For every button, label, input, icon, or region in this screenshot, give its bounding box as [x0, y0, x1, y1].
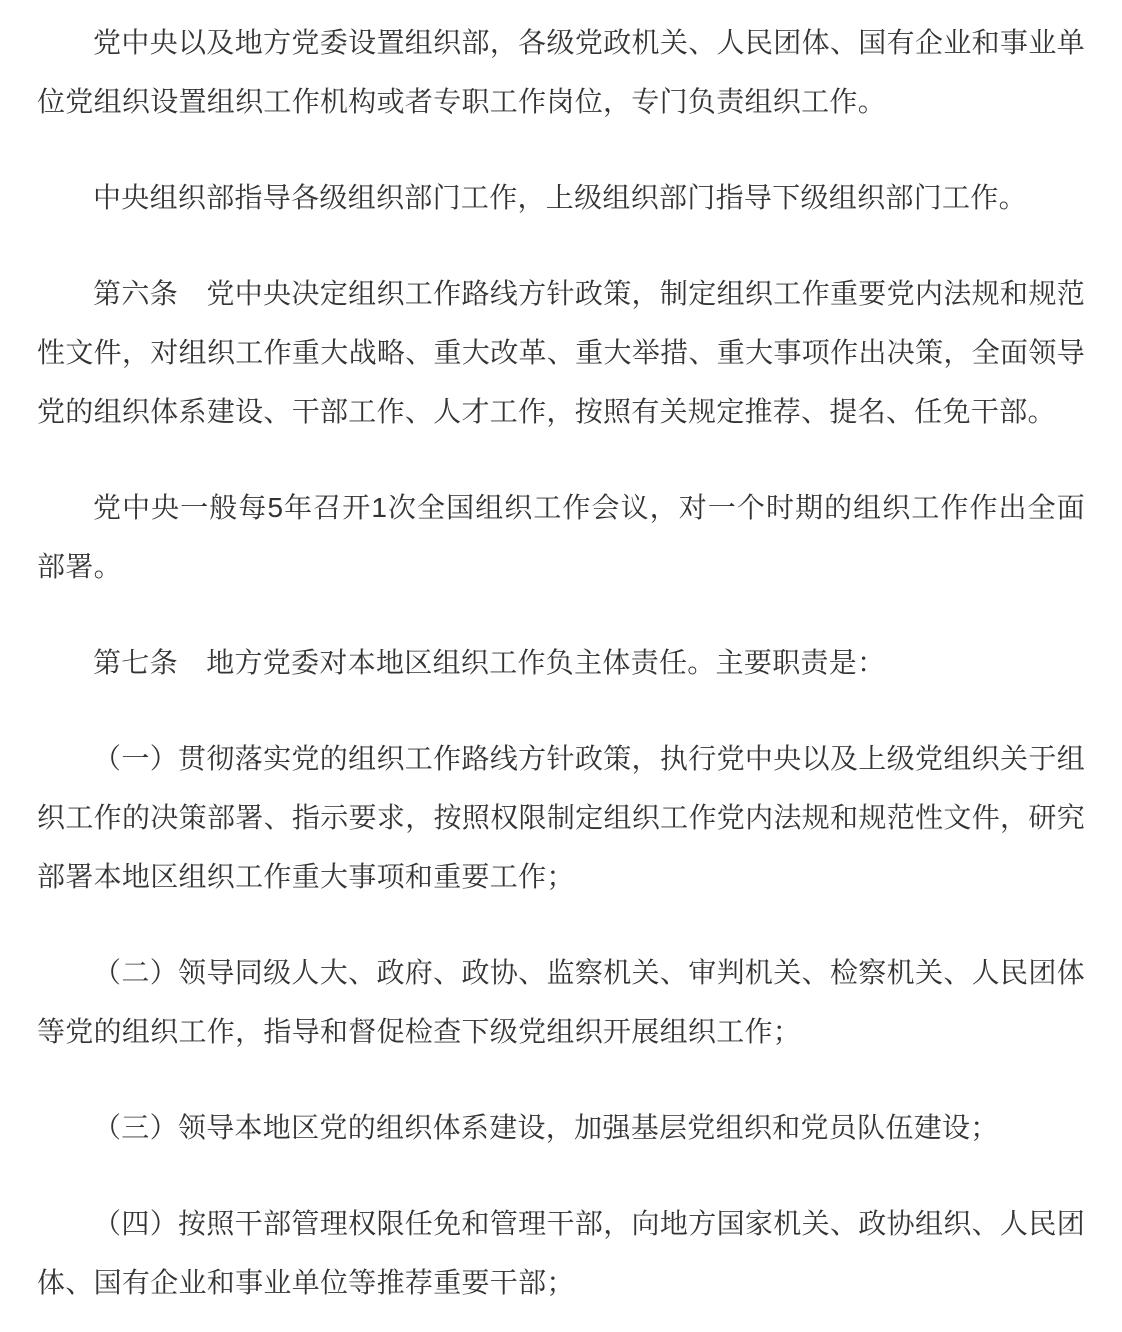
article-paragraph: （一）贯彻落实党的组织工作路线方针政策，执行党中央以及上级党组织关于组织工作的决…: [37, 729, 1085, 906]
article-paragraph: 第七条 地方党委对本地区组织工作负主体责任。主要职责是：: [37, 633, 1085, 692]
article-paragraph: 第六条 党中央决定组织工作路线方针政策，制定组织工作重要党内法规和规范性文件，对…: [37, 264, 1085, 441]
article-body: 党中央以及地方党委设置组织部，各级党政机关、人民团体、国有企业和事业单位党组织设…: [0, 0, 1122, 1312]
article-paragraph: 党中央以及地方党委设置组织部，各级党政机关、人民团体、国有企业和事业单位党组织设…: [37, 13, 1085, 131]
article-paragraph: （三）领导本地区党的组织体系建设，加强基层党组织和党员队伍建设；: [37, 1098, 1085, 1157]
article-paragraph: （二）领导同级人大、政府、政协、监察机关、审判机关、检察机关、人民团体等党的组织…: [37, 943, 1085, 1061]
article-paragraph: 党中央一般每5年召开1次全国组织工作会议，对一个时期的组织工作作出全面部署。: [37, 478, 1085, 596]
article-paragraph: 中央组织部指导各级组织部门工作，上级组织部门指导下级组织部门工作。: [37, 168, 1085, 227]
article-paragraph: （四）按照干部管理权限任免和管理干部，向地方国家机关、政协组织、人民团体、国有企…: [37, 1194, 1085, 1312]
